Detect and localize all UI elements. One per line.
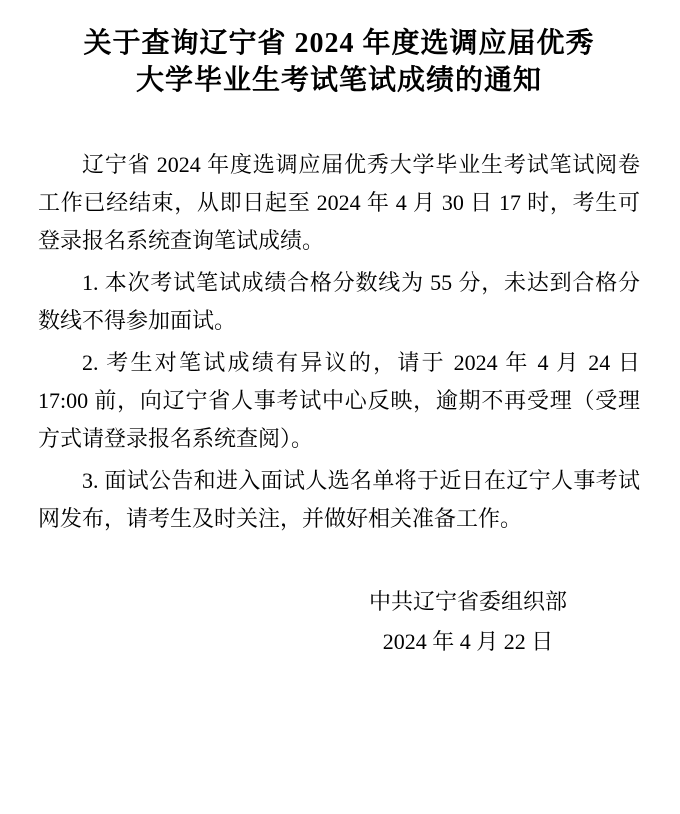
signature-date: 2024 年 4 月 22 日 xyxy=(369,622,567,662)
item-3-paragraph: 3. 面试公告和进入面试人选名单将于近日在辽宁人事考试网发布，请考生及时关注，并… xyxy=(38,462,640,538)
item-1-paragraph: 1. 本次考试笔试成绩合格分数线为 55 分，未达到合格分数线不得参加面试。 xyxy=(38,264,640,340)
intro-paragraph: 辽宁省 2024 年度选调应届优秀大学毕业生考试笔试阅卷工作已经结束，从即日起至… xyxy=(38,146,640,260)
item-2-paragraph: 2. 考生对笔试成绩有异议的，请于 2024 年 4 月 24 日 17:00 … xyxy=(38,344,640,458)
signature-block: 中共辽宁省委组织部 2024 年 4 月 22 日 xyxy=(369,582,567,662)
title-line-1: 关于查询辽宁省 2024 年度选调应届优秀 xyxy=(38,25,640,62)
title-line-2: 大学毕业生考试笔试成绩的通知 xyxy=(38,62,640,99)
signature-issuer: 中共辽宁省委组织部 xyxy=(369,582,567,622)
notice-document: 关于查询辽宁省 2024 年度选调应届优秀 大学毕业生考试笔试成绩的通知 辽宁省… xyxy=(0,0,680,814)
page-title: 关于查询辽宁省 2024 年度选调应届优秀 大学毕业生考试笔试成绩的通知 xyxy=(38,25,640,99)
notice-body: 辽宁省 2024 年度选调应届优秀大学毕业生考试笔试阅卷工作已经结束，从即日起至… xyxy=(38,146,640,538)
